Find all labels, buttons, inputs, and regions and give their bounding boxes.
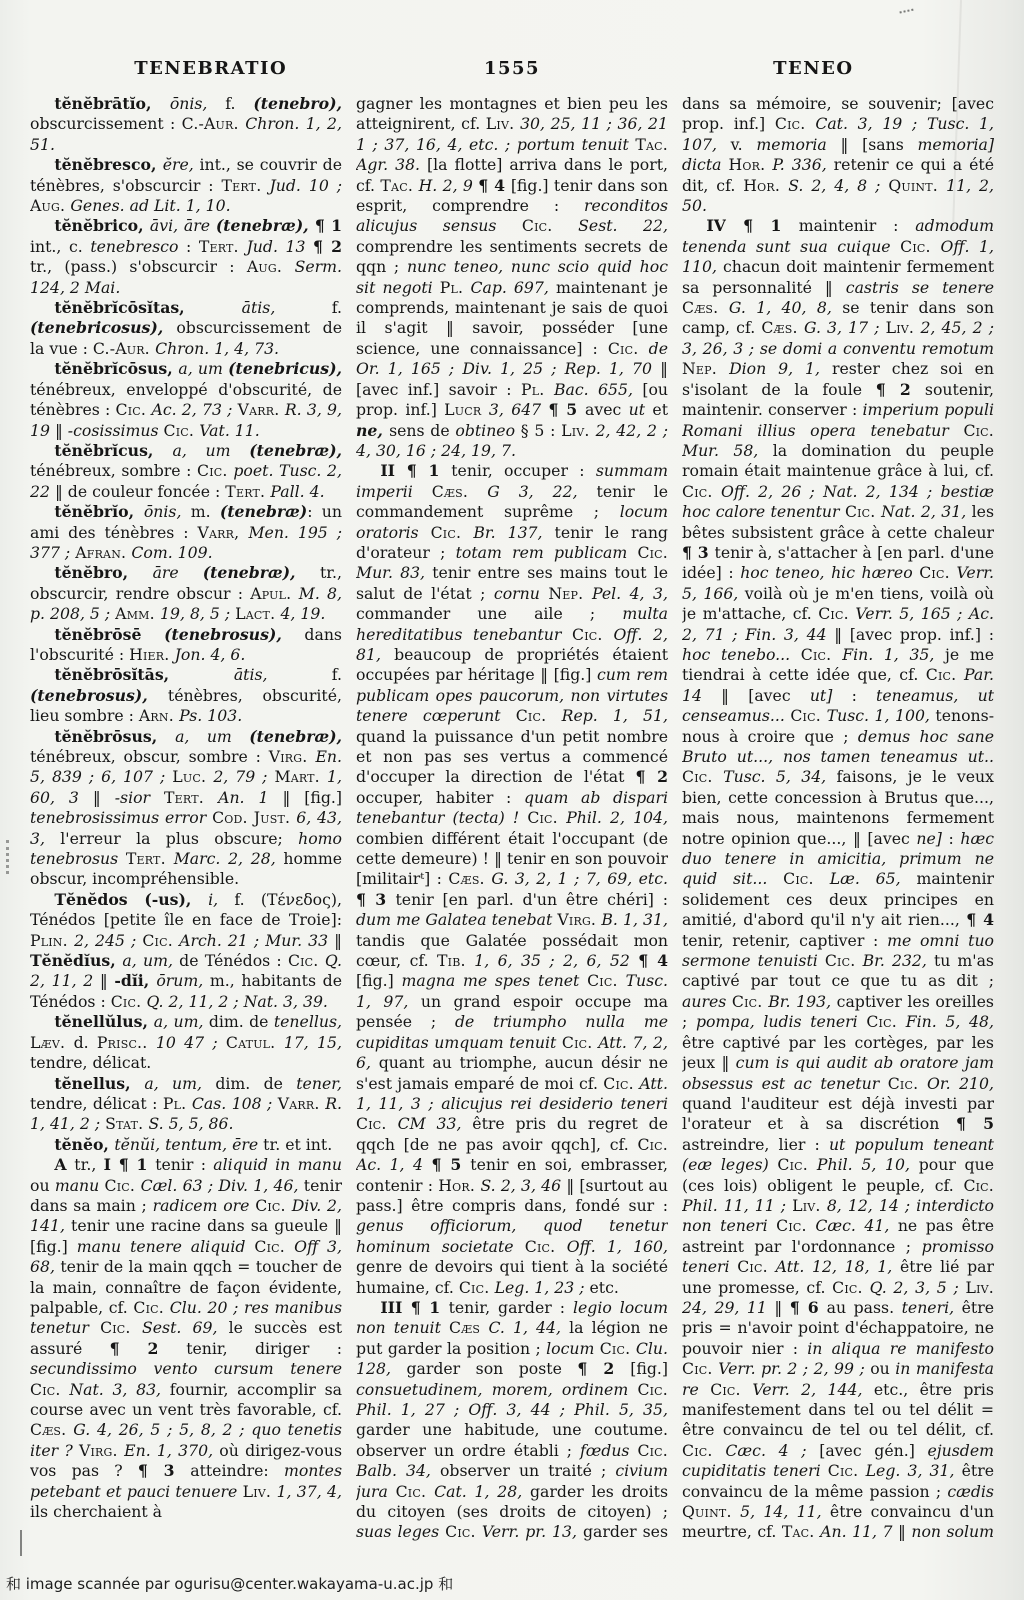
dictionary-paragraph: tĕnĕbresco, ĕre, int., se couvrir de tén… — [30, 155, 342, 216]
scan-caption: 和 image scannée par ogurisu@center.wakay… — [6, 1573, 453, 1594]
dictionary-paragraph: gagner les montagnes et bien peu les att… — [356, 94, 668, 461]
header-guide-word-right: TENEO — [663, 58, 964, 79]
scan-speck-artifact — [899, 9, 914, 19]
column-right: dans sa mémoire, se souvenir; [avec prop… — [682, 94, 994, 1546]
dictionary-paragraph: tĕnĕbrōsus, a, um (tenebræ), ténébreux, … — [30, 727, 342, 890]
text-columns: tĕnĕbrātĭo, ōnis, f. (tenebro), obscurci… — [30, 94, 994, 1546]
dictionary-paragraph: tĕnĕbrĭcōsĭtas, ātis, f. (tenebricosus),… — [30, 298, 342, 359]
page-number: 1555 — [361, 58, 662, 79]
dictionary-paragraph: tĕnĕbrōsē (tenebrosus), dans l'obscurité… — [30, 625, 342, 666]
dictionary-paragraph: IV ¶ 1 maintenir : admodum tenenda sunt … — [682, 216, 994, 1546]
dictionary-paragraph: tĕnĕbrĭo, ōnis, m. (tenebræ): un ami des… — [30, 502, 342, 563]
dictionary-paragraph: Tĕnĕdos (-us), i, f. (Τένεδος), Ténédos … — [30, 890, 342, 1012]
dictionary-paragraph: III ¶ 1 tenir, garder : legio locum non … — [356, 1298, 668, 1546]
dictionary-paragraph: tĕnĕbrōsĭtās, ātis, f. (tenebrosus), tén… — [30, 665, 342, 726]
scan-speck-artifact — [20, 1530, 22, 1556]
header-guide-word-left: TENEBRATIO — [60, 58, 361, 79]
dictionary-page: TENEBRATIO 1555 TENEO tĕnĕbrātĭo, ōnis, … — [0, 0, 1024, 1600]
page-header: TENEBRATIO 1555 TENEO — [60, 58, 964, 79]
dictionary-paragraph: tĕnĕbro, āre (tenebræ), tr., obscurcir, … — [30, 563, 342, 624]
dictionary-paragraph: tĕnĕo, tĕnŭi, tentum, ēre tr. et int. — [30, 1135, 342, 1155]
column-center: gagner les montagnes et bien peu les att… — [356, 94, 668, 1546]
dictionary-paragraph: tĕnellŭlus, a, um, dim. de tenellus, Læv… — [30, 1012, 342, 1073]
dictionary-paragraph: A tr., I ¶ 1 tenir : aliquid in manu ou … — [30, 1155, 342, 1522]
dictionary-paragraph: tĕnĕbrĭcus, a, um (tenebræ), ténébreux, … — [30, 441, 342, 502]
dictionary-paragraph: tĕnĕbrico, āvi, āre (tenebræ), ¶ 1 int.,… — [30, 216, 342, 298]
dictionary-paragraph: tĕnellus, a, um, dim. de tener, tendre, … — [30, 1074, 342, 1135]
column-left: tĕnĕbrātĭo, ōnis, f. (tenebro), obscurci… — [30, 94, 342, 1546]
dictionary-paragraph: tĕnĕbrĭcōsus, a, um (tenebricus), ténébr… — [30, 359, 342, 441]
dictionary-paragraph: II ¶ 1 tenir, occuper : summam imperii C… — [356, 461, 668, 1298]
dictionary-paragraph: tĕnĕbrātĭo, ōnis, f. (tenebro), obscurci… — [30, 94, 342, 155]
scan-speck-artifact — [6, 840, 12, 874]
dictionary-paragraph: dans sa mémoire, se souvenir; [avec prop… — [682, 94, 994, 216]
